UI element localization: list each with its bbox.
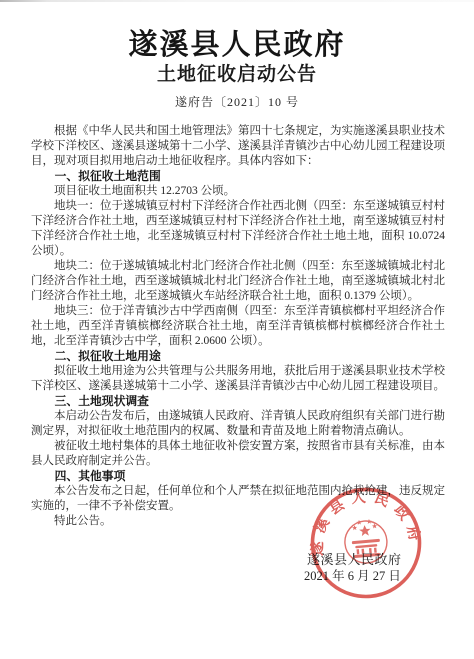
intro-paragraph: 根据《中华人民共和国土地管理法》第四十七条规定，为实施遂溪县职业技术学校下洋校区…: [31, 124, 445, 169]
section-1-parcel-1: 地块一：位于遂城镇豆村村下洋经济合作社西北侧（四至：东至遂城镇豆村村下洋经济合作…: [31, 199, 445, 259]
section-2-paragraph: 拟征收土地用途为公共管理与公共服务用地，获批后用于遂溪县职业技术学校下洋校区、遂…: [31, 364, 445, 394]
section-1-paragraph: 项目征收土地面积共 12.2703 公顷。: [31, 184, 445, 199]
section-1-parcel-2: 地块二：位于遂城镇城北村北门经济合作社北侧（四至：东至遂城镇城北村北门经济合作社…: [31, 259, 445, 304]
document-body: 根据《中华人民共和国土地管理法》第四十七条规定，为实施遂溪县职业技术学校下洋校区…: [31, 124, 445, 529]
scan-top-edge: [0, 0, 474, 2]
section-3-heading: 三、土地现状调查: [31, 394, 445, 409]
announcement-document: 遂溪县人民政府 土地征收启动公告 遂府告〔2021〕10 号 根据《中华人民共和…: [0, 0, 474, 659]
section-4-paragraph: 本公告发布之日起，任何单位和个人严禁在拟征地范围内抢栽抢建，违反规定实施的，一律…: [31, 484, 445, 514]
closing-line: 特此公告。: [31, 514, 445, 529]
page-title: 遂溪县人民政府: [0, 0, 474, 62]
section-2-heading: 二、拟征收土地用途: [31, 349, 445, 364]
section-1-parcel-3: 地块三：位于洋青镇沙古中学西南侧（四至：东至洋青镇槟榔村平坦经济合作社土地，西至…: [31, 304, 445, 349]
section-1-heading: 一、拟征收土地范围: [31, 169, 445, 184]
document-number: 遂府告〔2021〕10 号: [0, 95, 474, 109]
section-4-heading: 四、其他事项: [31, 469, 445, 484]
signature-date: 2021 年 6 月 27 日: [304, 566, 401, 584]
page-subtitle: 土地征收启动公告: [0, 63, 474, 86]
section-3-paragraph-2: 被征收土地村集体的具体土地征收补偿安置方案，按照省市县有关标准，由本县人民政府制…: [31, 439, 445, 469]
section-3-paragraph-1: 本启动公告发布后，由遂城镇人民政府、洋青镇人民政府组织有关部门进行勘测定界，对拟…: [31, 409, 445, 439]
